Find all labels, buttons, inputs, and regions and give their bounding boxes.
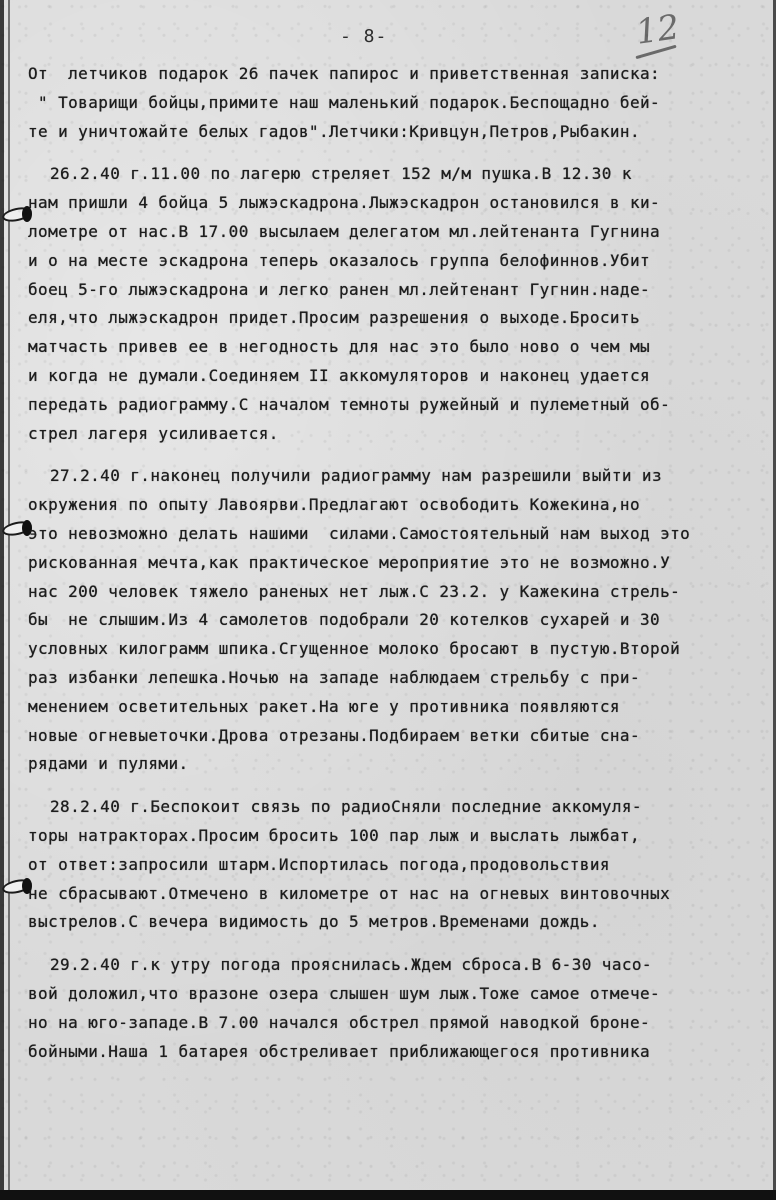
text-line: 29.2.40 г.к утру погода прояснилась.Ждем…	[28, 951, 768, 980]
text-line: вой доложил,что вразоне озера слышен шум…	[28, 980, 768, 1009]
paragraph-gap	[28, 937, 768, 951]
text-line: боец 5-го лыжэскадрона и легко ранен мл.…	[28, 276, 768, 305]
text-line: новые огневыеточки.Дрова отрезаны.Подбир…	[28, 722, 768, 751]
paragraph-gap	[28, 146, 768, 160]
text-line: лометре от нас.В 17.00 высылаем делегато…	[28, 218, 768, 247]
text-line: рискованная мечта,как практическое мероп…	[28, 549, 768, 578]
text-line: матчасть привев ее в негодность для нас …	[28, 333, 768, 362]
text-line: от ответ:запросили штарм.Испортилась пог…	[28, 851, 768, 880]
text-line: раз избанки лепешка.Ночью на западе набл…	[28, 664, 768, 693]
text-line: рядами и пулями.	[28, 750, 768, 779]
text-line: и о на месте эскадрона теперь оказалось …	[28, 247, 768, 276]
text-line: передать радиограмму.С началом темноты р…	[28, 391, 768, 420]
text-line: нам пришли 4 бойца 5 лыжэскадрона.Лыжэск…	[28, 189, 768, 218]
text-line: 26.2.40 г.11.00 по лагерю стреляет 152 м…	[28, 160, 768, 189]
text-line: нас 200 человек тяжело раненых нет лыж.С…	[28, 578, 768, 607]
text-line: но на юго-западе.В 7.00 начался обстрел …	[28, 1009, 768, 1038]
scan-bottom-edge	[0, 1190, 776, 1200]
page-left-edge	[0, 0, 4, 1190]
text-line: менением осветительных ракет.На юге у пр…	[28, 693, 768, 722]
paragraph: 29.2.40 г.к утру погода прояснилась.Ждем…	[28, 951, 768, 1066]
paragraph: 28.2.40 г.Беспокоит связь по радиоСняли …	[28, 793, 768, 937]
binding-margin-line	[8, 0, 10, 1190]
document-page: - 8- 12 От летчиков подарок 26 пачек пап…	[0, 0, 776, 1190]
text-line: 27.2.40 г.наконец получили радиограмму н…	[28, 462, 768, 491]
text-line: не сбрасывают.Отмечено в километре от на…	[28, 880, 768, 909]
paragraph: От летчиков подарок 26 пачек папирос и п…	[28, 60, 768, 146]
text-line: окружения по опыту Лавоярви.Предлагают о…	[28, 491, 768, 520]
text-line: условных килограмм шпика.Сгущенное молок…	[28, 635, 768, 664]
text-line: и когда не думали.Соединяем II аккомулят…	[28, 362, 768, 391]
handwritten-folio-number: 12	[633, 7, 681, 53]
text-line: 28.2.40 г.Беспокоит связь по радиоСняли …	[28, 793, 768, 822]
paragraph: 27.2.40 г.наконец получили радиограмму н…	[28, 462, 768, 779]
text-line: стрел лагеря усиливается.	[28, 420, 768, 449]
paragraph-gap	[28, 779, 768, 793]
text-line: От летчиков подарок 26 пачек папирос и п…	[28, 60, 768, 89]
paragraph-gap	[28, 448, 768, 462]
text-line: выстрелов.С вечера видимость до 5 метров…	[28, 908, 768, 937]
text-line: " Товарищи бойцы,примите наш маленький п…	[28, 89, 768, 118]
text-line: это невозможно делать нашими силами.Само…	[28, 520, 768, 549]
text-line: бы не слышим.Из 4 самолетов подобрали 20…	[28, 606, 768, 635]
page-number: - 8-	[340, 26, 387, 47]
text-line: еля,что лыжэскадрон придет.Просим разреш…	[28, 304, 768, 333]
typewritten-body: От летчиков подарок 26 пачек папирос и п…	[28, 60, 768, 1066]
paragraph: 26.2.40 г.11.00 по лагерю стреляет 152 м…	[28, 160, 768, 448]
text-line: торы натракторах.Просим бросить 100 пар …	[28, 822, 768, 851]
text-line: бойными.Наша 1 батарея обстреливает приб…	[28, 1038, 768, 1067]
text-line: те и уничтожайте белых гадов".Летчики:Кр…	[28, 118, 768, 147]
